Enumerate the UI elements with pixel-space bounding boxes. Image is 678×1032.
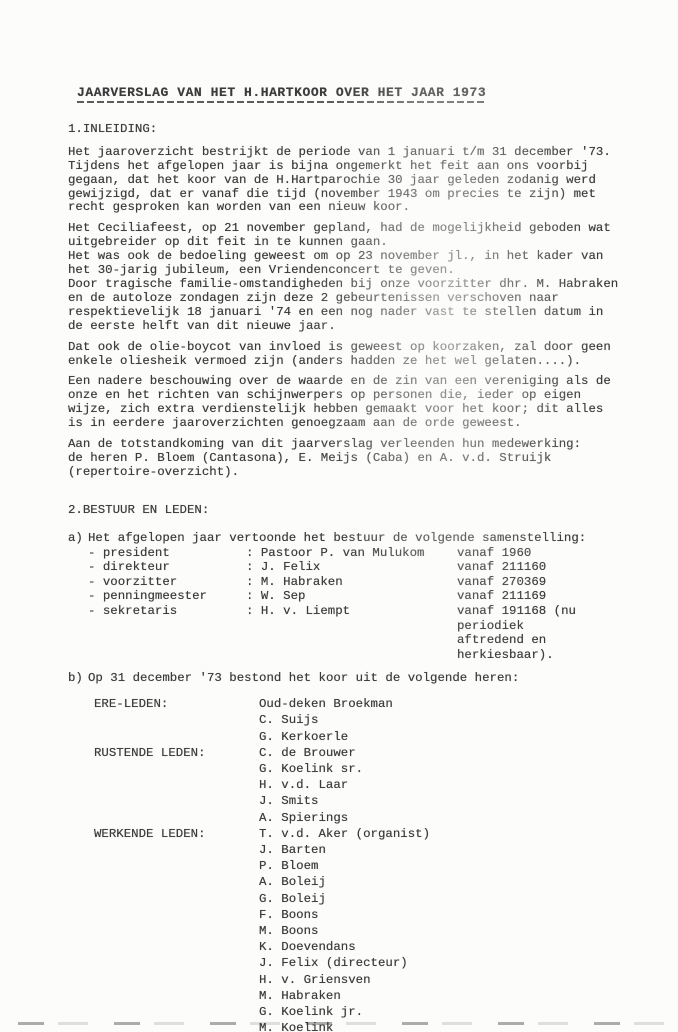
member-row: G. Kerkoerle [88,729,634,745]
member-list: ERE-LEDEN:Oud-deken Broekman C. Suijs G.… [88,696,634,1032]
scan-artifact-line [18,1022,670,1025]
member-group-label [94,810,259,826]
item-b-marker: b) [68,672,88,686]
member-name: M. Habraken [259,988,634,1004]
member-group-label [94,793,259,809]
member-row: G. Boleij [88,891,634,907]
paragraph-introduction-1: Het jaaroverzicht bestrijkt de periode v… [68,146,634,216]
board-since: vanaf 270369 [457,575,634,590]
member-row: K. Doevendans [88,939,634,955]
board-row: - direkteur : J. Felix vanaf 211160 [88,560,634,575]
member-name: H. v.d. Laar [259,777,634,793]
member-name: C. Suijs [259,712,634,728]
member-group-label [94,858,259,874]
member-name: C. de Brouwer [259,745,634,761]
member-group-label [94,891,259,907]
member-group-label [94,923,259,939]
member-row: G. Koelink jr. [88,1004,634,1020]
board-role: - penningmeester [88,589,246,604]
document-content: JAARVERSLAG VAN HET H.HARTKOOR OVER HET … [68,86,634,1032]
member-group-label [94,907,259,923]
board-row: - voorzitter : M. Habraken vanaf 270369 [88,575,634,590]
item-a-marker: a) [68,532,88,546]
board-since: vanaf 191168 (nu periodiek [457,604,634,633]
member-row: P. Bloem [88,858,634,874]
paragraph-olie-boycot: Dat ook de olie-boycot van invloed is ge… [68,341,634,369]
member-group-label [94,712,259,728]
member-name: G. Boleij [259,891,634,907]
member-group-label [94,988,259,1004]
board-role: - voorzitter [88,575,246,590]
board-since: vanaf 1960 [457,546,634,561]
scanned-document-page: JAARVERSLAG VAN HET H.HARTKOOR OVER HET … [0,0,678,1032]
board-name: : H. v. Liempt [246,604,457,633]
member-name: Oud-deken Broekman [259,696,634,712]
board-list: - president : Pastoor P. van Mulukom van… [88,546,634,663]
member-group-label [94,1004,259,1020]
section-1-heading: 1.INLEIDING: [68,123,634,137]
member-row: J. Barten [88,842,634,858]
member-name: G. Kerkoerle [259,729,634,745]
member-name: K. Doevendans [259,939,634,955]
board-row: - penningmeester : W. Sep vanaf 211169 [88,589,634,604]
member-row: M. Boons [88,923,634,939]
member-name: G. Koelink jr. [259,1004,634,1020]
member-name: P. Bloem [259,858,634,874]
member-row: F. Boons [88,907,634,923]
board-since: vanaf 211169 [457,589,634,604]
member-name: A. Boleij [259,874,634,890]
board-name: : W. Sep [246,589,457,604]
member-row: M. Habraken [88,988,634,1004]
member-group-label [94,729,259,745]
member-row: H. v. Griensven [88,972,634,988]
board-name: : M. Habraken [246,575,457,590]
member-group-label [94,761,259,777]
member-name: A. Spierings [259,810,634,826]
board-row: - sekretaris : H. v. Liempt vanaf 191168… [88,604,634,633]
board-role: - direkteur [88,560,246,575]
member-name: T. v.d. Aker (organist) [259,826,634,842]
board-name: : J. Felix [246,560,457,575]
member-row: J. Felix (directeur) [88,955,634,971]
item-a-body: Het afgelopen jaar vertoonde het bestuur… [88,532,634,663]
item-b-body: Op 31 december '73 bestond het koor uit … [88,672,634,1032]
member-name: J. Barten [259,842,634,858]
member-group-label: RUSTENDE LEDEN: [94,745,259,761]
document-title: JAARVERSLAG VAN HET H.HARTKOOR OVER HET … [77,86,486,103]
board-name: : Pastoor P. van Mulukom [246,546,457,561]
member-row: RUSTENDE LEDEN:C. de Brouwer [88,745,634,761]
board-role: - president [88,546,246,561]
member-name: G. Koelink sr. [259,761,634,777]
item-b-leden: b) Op 31 december '73 bestond het koor u… [68,672,634,1032]
member-group-label: WERKENDE LEDEN: [94,826,259,842]
member-group-label [94,777,259,793]
member-group-label [94,874,259,890]
board-row: - president : Pastoor P. van Mulukom van… [88,546,634,561]
member-name: J. Felix (directeur) [259,955,634,971]
member-row: ERE-LEDEN:Oud-deken Broekman [88,696,634,712]
member-name: J. Smits [259,793,634,809]
member-row: C. Suijs [88,712,634,728]
board-since: vanaf 211160 [457,560,634,575]
member-row: A. Spierings [88,810,634,826]
member-row: WERKENDE LEDEN:T. v.d. Aker (organist) [88,826,634,842]
member-row: G. Koelink sr. [88,761,634,777]
member-group-label [94,939,259,955]
member-group-label: ERE-LEDEN: [94,696,259,712]
paragraph-medewerking: Aan de totstandkoming van dit jaarversla… [68,438,634,480]
member-name: H. v. Griensven [259,972,634,988]
paragraph-ceciliafeest: Het Ceciliafeest, op 21 november gepland… [68,222,634,333]
item-a-bestuur: a) Het afgelopen jaar vertoonde het best… [68,532,634,663]
member-row: H. v.d. Laar [88,777,634,793]
section-2-heading: 2.BESTUUR EN LEDEN: [68,504,634,518]
member-group-label [94,972,259,988]
member-row: J. Smits [88,793,634,809]
member-group-label [94,955,259,971]
member-name: M. Boons [259,923,634,939]
paragraph-beschouwing: Een nadere beschouwing over de waarde en… [68,375,634,431]
member-name: F. Boons [259,907,634,923]
item-b-intro: Op 31 december '73 bestond het koor uit … [88,672,634,686]
board-role: - sekretaris [88,604,246,633]
member-group-label [94,842,259,858]
board-since-continuation: aftredend en herkiesbaar). [457,633,634,662]
item-a-intro: Het afgelopen jaar vertoonde het bestuur… [88,532,634,546]
member-row: A. Boleij [88,874,634,890]
